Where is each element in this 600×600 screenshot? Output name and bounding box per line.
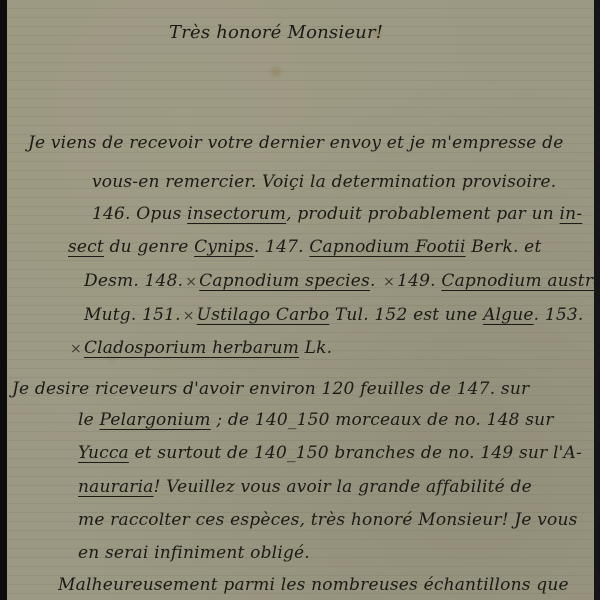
- underlined-term: Capnodium Footii: [309, 237, 465, 257]
- underlined-term: Yucca: [78, 443, 129, 463]
- cross-mark-icon: ×: [185, 274, 197, 290]
- underlined-term: in-: [560, 204, 583, 224]
- letter-line: 146. Opus insectorum, produit probableme…: [92, 204, 582, 224]
- underlined-term: sect: [68, 237, 104, 257]
- text-segment: Je viens de recevoir votre dernier envoy…: [28, 133, 563, 153]
- text-segment: me raccolter ces espèces, très honoré Mo…: [78, 510, 578, 530]
- letter-line: le Pelargonium ; de 140_150 morceaux de …: [78, 410, 554, 430]
- text-segment: et surtout de 140_150 branches de no. 14…: [129, 443, 582, 463]
- letter-line: Mutg. 151.×Ustilago Carbo Tul. 152 est u…: [84, 305, 584, 325]
- underlined-term: Cynips: [194, 237, 254, 257]
- text-segment: Mutg. 151.: [84, 305, 181, 325]
- text-segment: du genre: [104, 237, 194, 257]
- text-segment: 146. Opus: [92, 204, 187, 224]
- text-segment: Berk. et: [466, 237, 542, 257]
- text-segment: vous-en remercier. Voiçi la determinatio…: [92, 172, 556, 192]
- underlined-term: nauraria: [78, 477, 154, 497]
- text-segment: ; de 140_150 morceaux de no. 148 sur: [211, 410, 554, 430]
- text-segment: ! Veuillez vous avoir la grande affabili…: [154, 477, 532, 497]
- text-segment: 149.: [397, 271, 441, 291]
- letter-line: Desm. 148.×Capnodium species. ×149. Capn…: [84, 271, 594, 291]
- text-segment: Je desire riceveurs d'avoir environ 120 …: [12, 379, 529, 399]
- salutation: Très honoré Monsieur!: [169, 22, 383, 43]
- underlined-term: Capnodium australe: [441, 271, 594, 291]
- letter-line: nauraria! Veuillez vous avoir la grande …: [78, 477, 532, 497]
- underlined-term: Pelargonium: [100, 410, 211, 430]
- text-segment: Desm. 148.: [84, 271, 183, 291]
- paper-stain: [271, 68, 281, 76]
- underlined-term: Cladosporium herbarum: [84, 338, 299, 358]
- letter-line: en serai infiniment obligé.: [78, 543, 310, 563]
- underlined-term: Capnodium species: [199, 271, 370, 291]
- underlined-term: insectorum: [187, 204, 286, 224]
- text-segment: . 153.: [534, 305, 584, 325]
- letter-line: sect du genre Cynips. 147. Capnodium Foo…: [68, 237, 541, 257]
- letter-line: Malheureusement parmi les nombreuses éch…: [58, 575, 569, 595]
- text-segment: , produit probablement par un: [286, 204, 559, 224]
- text-segment: Malheureusement parmi les nombreuses éch…: [58, 575, 569, 595]
- letter-line: vous-en remercier. Voiçi la determinatio…: [92, 172, 556, 192]
- text-segment: .: [370, 271, 381, 291]
- cross-mark-icon: ×: [183, 308, 195, 324]
- cross-mark-icon: ×: [383, 274, 395, 290]
- letter-line: Je desire riceveurs d'avoir environ 120 …: [12, 379, 529, 399]
- scan-border-left: [0, 0, 7, 600]
- scan-border-right: [594, 0, 600, 600]
- text-segment: en serai infiniment obligé.: [78, 543, 310, 563]
- text-segment: Tul. 152 est une: [329, 305, 483, 325]
- letter-line: Je viens de recevoir votre dernier envoy…: [28, 133, 563, 153]
- underlined-term: Algue: [483, 305, 534, 325]
- letter-line: me raccolter ces espèces, très honoré Mo…: [78, 510, 578, 530]
- letter-line: ×Cladosporium herbarum Lk.: [68, 338, 332, 358]
- text-segment: Lk.: [299, 338, 332, 358]
- cross-mark-icon: ×: [70, 341, 82, 357]
- text-segment: . 147.: [254, 237, 309, 257]
- letter-line: Yucca et surtout de 140_150 branches de …: [78, 443, 582, 463]
- underlined-term: Ustilago Carbo: [197, 305, 330, 325]
- letter-page: Très honoré Monsieur! Je viens de recevo…: [7, 0, 594, 600]
- text-segment: le: [78, 410, 100, 430]
